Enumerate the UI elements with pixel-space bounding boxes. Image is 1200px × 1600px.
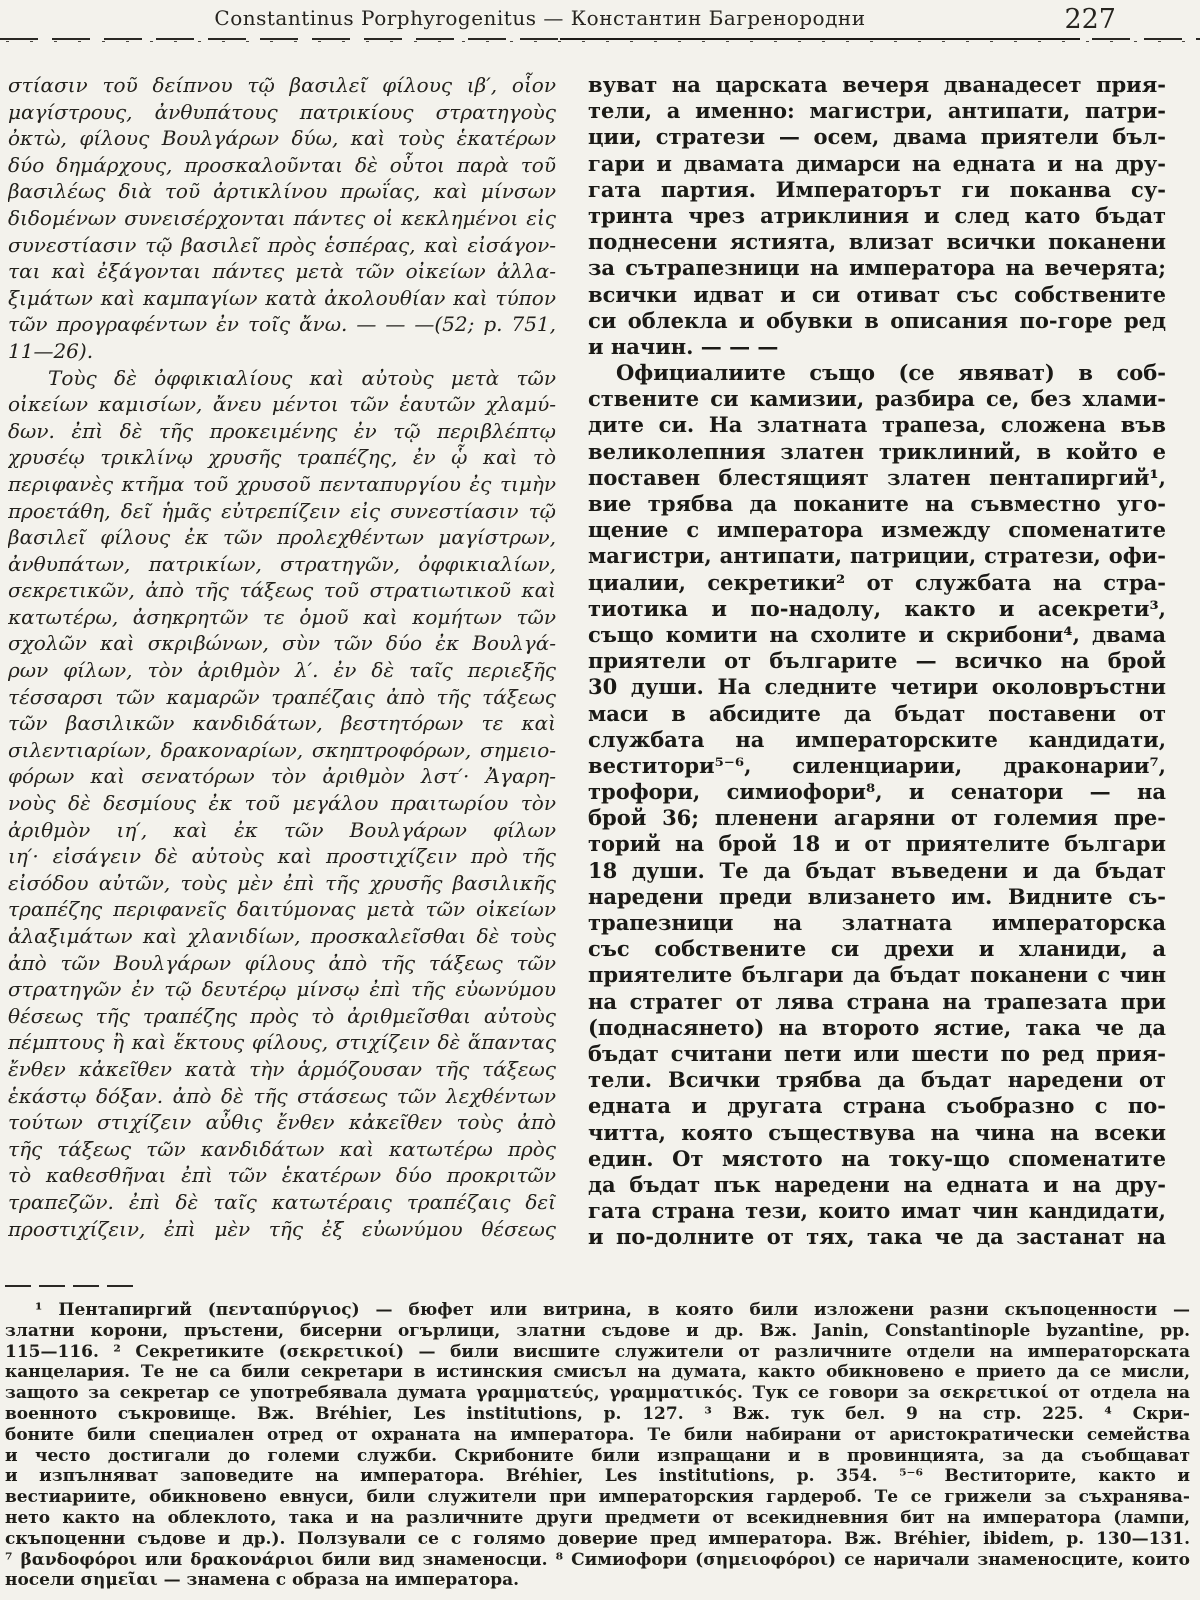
text-line: τραπέζης περιφανεῖς δαιτύμονας μετὰ τῶν … bbox=[8, 896, 556, 923]
text-line: τῶν βασιλικῶν κανδιδάτων, βεστητόρων τε … bbox=[8, 710, 556, 737]
text-line: τῆς τάξεως τῶν κανδιδάτων καὶ κατωτέρω π… bbox=[8, 1136, 556, 1163]
text-line: ἀπὸ τῶν Βουλγάρων φίλους ἀπὸ τῆς τάξεως … bbox=[8, 950, 556, 977]
text-line: със собствените си дрехи и хланиди, а bbox=[588, 936, 1166, 962]
text-line: вуват на царската вечеря дванадесет прия… bbox=[588, 72, 1166, 98]
text-line: боните били специален отред от охраната … bbox=[5, 1425, 1190, 1446]
text-line: на стратег от лява страна на трапезата п… bbox=[588, 989, 1166, 1015]
text-line: великолепния златен триклиний, в който е bbox=[588, 439, 1166, 465]
text-line: ἀλαξιμάτων καὶ χλανιδίων, προσκαλεῖσθαι … bbox=[8, 923, 556, 950]
text-line: περιφανὲς κτῆμα τοῦ χρυσοῦ πενταπυργίου … bbox=[8, 471, 556, 498]
text-line: също комити на схолите и скрибони⁴, двам… bbox=[588, 622, 1166, 648]
text-line: за сътрапезници на императора на вечерят… bbox=[588, 255, 1166, 281]
text-line: προστιχίζειν, ἐπὶ μὲν τῆς ἐξ εὐωνύμου θέ… bbox=[8, 1216, 556, 1243]
text-line: златни корони, пръстени, бисерни огърлиц… bbox=[5, 1321, 1190, 1342]
page-number: 227 bbox=[1064, 4, 1116, 35]
text-line: трофори, симиофори⁸, и сенатори — на bbox=[588, 779, 1166, 805]
text-line: εἰσόδου αὐτῶν, τοὺς μὲν ἐπὶ τῆς χρυσῆς β… bbox=[8, 870, 556, 897]
text-line: и често достигали до големи служби. Скри… bbox=[5, 1446, 1190, 1467]
paragraph: στίασιν τοῦ δείπνου τῷ βασιλεῖ φίλους ιβ… bbox=[8, 72, 556, 365]
text-line: нето както на облеклото, така и на разли… bbox=[5, 1508, 1190, 1529]
text-line: δύο δημάρχους, προσκαλοῦνται δὲ οὗτοι πα… bbox=[8, 152, 556, 179]
paragraph: Τοὺς δὲ ὀφφικιαλίους καὶ αὐτοὺς μετὰ τῶν… bbox=[8, 365, 556, 1243]
text-line: τούτων στιχίζειν αὖθις ἔνθεν κἀκεῖθεν το… bbox=[8, 1109, 556, 1136]
text-line: службата на императорските кандидати, bbox=[588, 727, 1166, 753]
text-line: βασιλέως διὰ τοῦ ἀρτικλίνου πρωΐας, καὶ … bbox=[8, 178, 556, 205]
text-line: тели. Всички трябва да бъдат наредени от bbox=[588, 1067, 1166, 1093]
text-line: гата страна тези, които имат чин кандида… bbox=[588, 1198, 1166, 1224]
text-line: Официалиите също (се явяват) в соб- bbox=[588, 360, 1166, 386]
text-line: и изпълняват заповедите на императора. B… bbox=[5, 1466, 1190, 1487]
text-line: ὀκτὼ, φίλους Βουλγάρων δύω, καὶ τοὺς ἑκα… bbox=[8, 125, 556, 152]
text-line: ἔνθεν κἀκεῖθεν κατὰ τὴν ἁρμόζουσαν τῆς τ… bbox=[8, 1056, 556, 1083]
text-line: щение с императора измежду споменатите bbox=[588, 517, 1166, 543]
text-line: ¹ Пентапиргий (πενταπύργιος) — бюфет или… bbox=[5, 1300, 1190, 1321]
text-line: гари и двамата димарси на едната и на др… bbox=[588, 151, 1166, 177]
text-line: вие трябва да поканите на съвместно уго- bbox=[588, 491, 1166, 517]
text-line: φόρων καὶ σενατόρων τὸν ἀριθμὸν λστ′· Ἀγ… bbox=[8, 763, 556, 790]
text-line: всички идват и си отиват със собствените bbox=[588, 282, 1166, 308]
text-line: магистри, антипати, патриции, стратези, … bbox=[588, 543, 1166, 569]
text-line: поставен блестящият златен пентапиргий¹, bbox=[588, 465, 1166, 491]
running-head-title: Constantinus Porphyrogenitus — Константи… bbox=[0, 6, 1080, 30]
bulgarian-text-column: вуват на царската вечеря дванадесет прия… bbox=[588, 72, 1166, 1250]
text-line: тели, а именно: магистри, антипати, патр… bbox=[588, 98, 1166, 124]
scanned-book-page: Constantinus Porphyrogenitus — Константи… bbox=[0, 0, 1200, 1600]
paragraph: Официалиите също (се явяват) в соб-ствен… bbox=[588, 360, 1166, 1250]
text-line: τραπεζῶν. ἐπὶ δὲ ταῖς κατωτέραις τραπέζα… bbox=[8, 1189, 556, 1216]
text-line: τέσσαρσι τῶν καμαρῶν τραπέζαις ἀπὸ τῆς τ… bbox=[8, 684, 556, 711]
text-line: συνεστίασιν τῷ βασιλεῖ πρὸς ἑσπέρας, καὶ… bbox=[8, 232, 556, 259]
text-line: носели σημεῖαι — знамена с образа на имп… bbox=[5, 1570, 1190, 1591]
text-line: σχολῶν καὶ σκριβώνων, σὺν τῶν δύο ἐκ Βου… bbox=[8, 630, 556, 657]
text-line: торий на брой 18 и от приятелите българи bbox=[588, 831, 1166, 857]
text-line: διδομένων συνεισέρχονται πάντες οἱ κεκλη… bbox=[8, 205, 556, 232]
text-line: ции, стратези — осем, двама приятели бъл… bbox=[588, 124, 1166, 150]
text-line: οἰκείων καμισίων, ἄνευ μέντοι τῶν ἑαυτῶν… bbox=[8, 391, 556, 418]
text-line: πέμπτους ἢ καὶ ἕκτους φίλους, στιχίζειν … bbox=[8, 1029, 556, 1056]
text-line: да бъдат пък наредени на едната и на дру… bbox=[588, 1172, 1166, 1198]
text-line: ἑκάστῳ δόξαν. ἀπὸ δὲ τῆς στάσεως τῶν λεχ… bbox=[8, 1083, 556, 1110]
text-line: един. От мястото на току-що споменатите bbox=[588, 1146, 1166, 1172]
header-rule bbox=[0, 37, 1200, 42]
text-line: приятели от българите — всичко на брой bbox=[588, 648, 1166, 674]
text-line: θέσεως τῆς τραπέζης πρὸς τὸ ἀριθμεῖσθαι … bbox=[8, 1003, 556, 1030]
text-line: ρων φίλων, τὸν ἀριθμὸν λ′. ἐν δὲ ταῖς πε… bbox=[8, 657, 556, 684]
text-line: и начин. — — — bbox=[588, 334, 1166, 360]
text-line: приятелите българи да бъдат поканени с ч… bbox=[588, 962, 1166, 988]
text-line: гата партия. Императорът ги поканва су- bbox=[588, 177, 1166, 203]
text-line: и по-долните от тях, така че да застанат… bbox=[588, 1224, 1166, 1250]
text-line: χρυσέῳ τρικλίνῳ χρυσῆς τραπέζης, ἐν ᾧ κα… bbox=[8, 444, 556, 471]
text-line: тринта чрез атриклиния и след като бъдат bbox=[588, 203, 1166, 229]
text-line: бъдат считани пети или шести по ред прия… bbox=[588, 1041, 1166, 1067]
text-line: циалии, секретики² от службата на стра- bbox=[588, 570, 1166, 596]
text-line: νοὺς δὲ δεσμίους ἐκ τοῦ μεγάλου πραιτωρί… bbox=[8, 790, 556, 817]
text-line: брой 36; пленени агаряни от големия пре- bbox=[588, 805, 1166, 831]
text-line: наредени преди влизането им. Видните съ- bbox=[588, 884, 1166, 910]
text-line: τὸ καθεσθῆναι ἐπὶ τῶν ἑκατέρων δύο προκρ… bbox=[8, 1162, 556, 1189]
text-line: дите си. На златната трапеза, сложена въ… bbox=[588, 412, 1166, 438]
text-line: едната и другата страна съобразно с по- bbox=[588, 1093, 1166, 1119]
text-line: ται καὶ ἐξάγονται πάντες μετὰ τῶν οἰκείω… bbox=[8, 258, 556, 285]
text-line: читта, която съществува на чина на всеки bbox=[588, 1120, 1166, 1146]
text-line: βασιλεῖ φίλους ἐκ τῶν προλεχθέντων μαγίσ… bbox=[8, 524, 556, 551]
text-line: σεκρετικῶν, ἀπὸ τῆς τάξεως τοῦ στρατιωτι… bbox=[8, 577, 556, 604]
text-line: στρατηγῶν ἐν τῷ δευτέρῳ μίνσῳ ἐπὶ τῆς εὐ… bbox=[8, 976, 556, 1003]
text-line: военното съкровище. Вж. Bréhier, Les ins… bbox=[5, 1404, 1190, 1425]
paragraph: вуват на царската вечеря дванадесет прия… bbox=[588, 72, 1166, 360]
text-line: трапезници на златната императорска трап… bbox=[588, 910, 1166, 936]
text-line: ιη′· εἰσάγειν δὲ αὐτοὺς καὶ προστιχίζειν… bbox=[8, 843, 556, 870]
text-line: веститори⁵⁻⁶, силенциарии, драконарии⁷, … bbox=[588, 753, 1166, 779]
text-line: (поднасянето) на второто ястие, така че … bbox=[588, 1015, 1166, 1041]
text-line: ⁷ βανδοφόροι или δρακονάριοι били вид зн… bbox=[5, 1550, 1190, 1571]
text-columns: στίασιν τοῦ δείπνου τῷ βασιλεῖ φίλους ιβ… bbox=[8, 72, 1166, 1250]
text-line: вестиариите, обикновено евнуси, били слу… bbox=[5, 1487, 1190, 1508]
text-line: στίασιν τοῦ δείπνου τῷ βασιλεῖ φίλους ιβ… bbox=[8, 72, 556, 99]
text-line: 115—116. ² Секретиките (σεκρετικοί) — би… bbox=[5, 1342, 1190, 1363]
text-line: поднесени ястията, влизат всички поканен… bbox=[588, 229, 1166, 255]
text-line: си облекла и обувки в описания по-горе р… bbox=[588, 308, 1166, 334]
text-line: 30 души. На следните четири околовръстни bbox=[588, 674, 1166, 700]
text-line: σιλεντιαρίων, δρακοναρίων, σκηπτροφόρων,… bbox=[8, 737, 556, 764]
greek-text-column: στίασιν τοῦ δείπνου τῷ βασιλεῖ φίλους ιβ… bbox=[8, 72, 556, 1250]
text-line: защото за секретар се употребявала думат… bbox=[5, 1383, 1190, 1404]
paragraph: ¹ Пентапиргий (πενταπύργιος) — бюфет или… bbox=[5, 1300, 1190, 1591]
text-line: τῶν προγραφέντων ἐν τοῖς ἄνω. — — —(52; … bbox=[8, 311, 556, 338]
text-line: ἀριθμὸν ιη′, καὶ ἐκ τῶν Βουλγάρων φίλων … bbox=[8, 817, 556, 844]
text-line: 11—26). bbox=[8, 338, 556, 365]
text-line: δων. ἐπὶ δὲ τῆς προκειμένης ἐν τῷ περιβλ… bbox=[8, 418, 556, 445]
footnote-separator bbox=[5, 1285, 135, 1288]
text-line: κατωτέρω, ἀσηκρητῶν τε ὁμοῦ καὶ κομήτων … bbox=[8, 604, 556, 631]
text-line: Τοὺς δὲ ὀφφικιαλίους καὶ αὐτοὺς μετὰ τῶν bbox=[8, 365, 556, 392]
text-line: канцелария. Те не са били секретари в ис… bbox=[5, 1362, 1190, 1383]
text-line: скъпоценни съдове и др.). Ползували се с… bbox=[5, 1529, 1190, 1550]
text-line: ξιμάτων καὶ καμπαγίων κατὰ ἀκολουθίαν κα… bbox=[8, 285, 556, 312]
text-line: 18 души. Те да бъдат въведени и да бъдат bbox=[588, 858, 1166, 884]
text-line: ствените си камизии, разбира се, без хла… bbox=[588, 386, 1166, 412]
text-line: маси в абсидите да бъдат поставени от bbox=[588, 701, 1166, 727]
footnotes-block: ¹ Пентапиргий (πενταπύργιος) — бюфет или… bbox=[5, 1300, 1190, 1591]
text-line: тиотика и по-надолу, както и асекрети³, bbox=[588, 596, 1166, 622]
text-line: μαγίστρους, ἀνθυπάτους πατρικίους στρατη… bbox=[8, 99, 556, 126]
text-line: ἀνθυπάτων, πατρικίων, στρατηγῶν, ὀφφικια… bbox=[8, 551, 556, 578]
text-line: προετάθη, δεῖ ἡμᾶς εὐτρεπίζειν εἰς συνεσ… bbox=[8, 498, 556, 525]
